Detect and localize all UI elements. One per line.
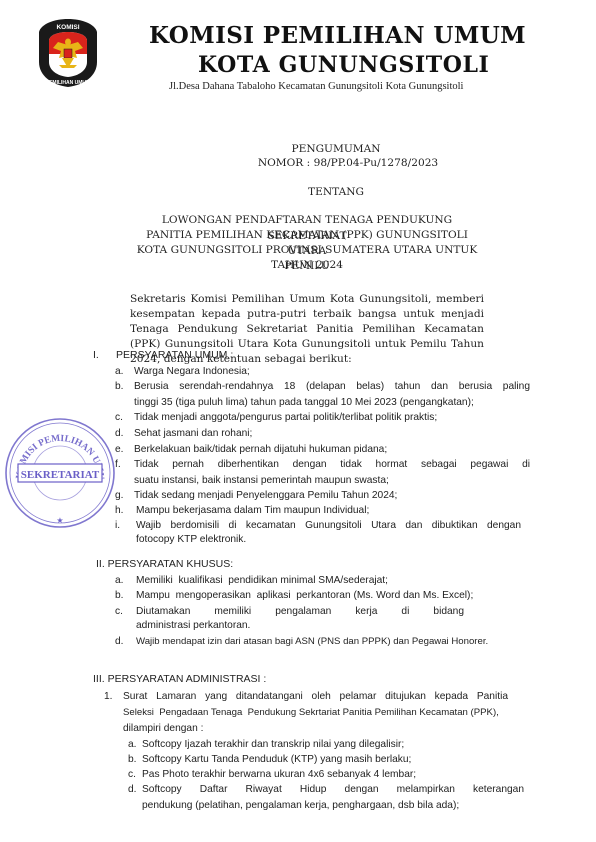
section-title-umum: PERSYARATAN UMUM :	[116, 349, 233, 361]
item-text-continued: fotocopy KTP elektronik.	[136, 532, 246, 548]
item-label: d.	[115, 426, 124, 442]
list-item: e. Berkelakuan baik/tidak pernah dijatuh…	[115, 442, 535, 458]
item-text-continued: dilampiri dengan :	[123, 721, 203, 737]
announcement-about: TENTANG	[38, 186, 596, 198]
sub-list-item: d. Softcopy Daftar Riwayat Hidup dengan …	[128, 782, 548, 814]
announcement-heading: PENGUMUMAN	[38, 143, 596, 155]
list-item: f. Tidak pernah diberhentikan dengan tid…	[115, 457, 535, 489]
item-text: Warga Negara Indonesia;	[134, 364, 250, 380]
item-text: Wajib mendapat izin dari atasan bagi ASN…	[136, 634, 488, 650]
item-text: Mampu bekerjasama dalam Tim maupun Indiv…	[136, 503, 369, 519]
item-text-continued: Seleksi Pengadaan Tenaga Pendukung Sekrt…	[123, 705, 499, 721]
list-item: c. Diutamakan memiliki pengalaman kerja …	[115, 604, 535, 636]
item-text: Berkelakuan baik/tidak pernah dijatuhi h…	[134, 442, 387, 458]
item-label: c.	[115, 604, 123, 620]
item-label: b.	[115, 379, 124, 395]
official-stamp-icon: KOMISI PEMILIHAN UMUM KOTA GUNUNGSITOLI …	[4, 417, 116, 529]
item-label: a.	[128, 737, 137, 753]
item-label: e.	[115, 442, 124, 458]
svg-text:KOMISI: KOMISI	[56, 24, 79, 31]
section-number: I.	[93, 349, 99, 361]
item-text: Pas Photo terakhir berwarna ukuran 4x6 s…	[142, 767, 416, 783]
item-text-continued: administrasi perkantoran.	[136, 618, 250, 634]
svg-text:★: ★	[56, 516, 63, 525]
list-item: b. Berusia serendah-rendahnya 18 (delapa…	[115, 379, 535, 411]
item-text: Mampu mengoperasikan aplikasi perkantora…	[136, 588, 473, 604]
list-item: b. Mampu mengoperasikan aplikasi perkant…	[115, 588, 535, 604]
list-item: c. Tidak menjadi anggota/pengurus partai…	[115, 410, 535, 426]
announcement-number: NOMOR : 98/PP.04-Pu/1278/2023	[50, 157, 596, 169]
item-label: h.	[115, 503, 124, 519]
sub-list-item: b. Softcopy Kartu Tanda Penduduk (KTP) y…	[128, 752, 528, 768]
list-item: d. Wajib mendapat izin dari atasan bagi …	[115, 634, 555, 650]
institution-title: KOMISI PEMILIHAN UMUM	[149, 22, 526, 49]
item-label: b.	[115, 588, 124, 604]
item-text: Softcopy Ijazah terakhir dan transkrip n…	[142, 737, 404, 753]
svg-text:SEKRETARIAT: SEKRETARIAT	[21, 469, 100, 481]
item-text: Surat Lamaran yang ditandatangani oleh p…	[123, 689, 508, 705]
item-label: c.	[128, 767, 136, 783]
item-text-continued: suatu instansi, baik instansi pemerintah…	[134, 473, 389, 489]
list-item: a. Memiliki kualifikasi pendidikan minim…	[115, 573, 535, 589]
list-item: g. Tidak sedang menjadi Penyelenggara Pe…	[115, 488, 535, 504]
item-text: Tidak sedang menjadi Penyelenggara Pemil…	[134, 488, 397, 504]
item-text-continued: tinggi 35 (tiga puluh lima) tahun pada t…	[134, 395, 474, 411]
item-label: c.	[115, 410, 123, 426]
list-item: i. Wajib berdomisili di kecamatan Gunung…	[115, 518, 535, 548]
svg-text:PEMILIHAN UMUM: PEMILIHAN UMUM	[46, 80, 90, 86]
list-item: 1. Surat Lamaran yang ditandatangani ole…	[104, 689, 544, 737]
item-text: Sehat jasmani dan rohani;	[134, 426, 252, 442]
item-text: Memiliki kualifikasi pendidikan minimal …	[136, 573, 388, 589]
sub-list-item: c. Pas Photo terakhir berwarna ukuran 4x…	[128, 767, 528, 783]
item-text: Softcopy Kartu Tanda Penduduk (KTP) yang…	[142, 752, 411, 768]
sub-list-item: a. Softcopy Ijazah terakhir dan transkri…	[128, 737, 528, 753]
item-label: b.	[128, 752, 137, 768]
section-title-administrasi: III. PERSYARATAN ADMINISTRASI :	[93, 673, 266, 685]
list-item: a. Warga Negara Indonesia;	[115, 364, 515, 380]
item-text-continued: pendukung (pelatihan, pengalaman kerja, …	[142, 798, 459, 814]
list-item: h. Mampu bekerjasama dalam Tim maupun In…	[115, 503, 535, 519]
list-item: d. Sehat jasmani dan rohani;	[115, 426, 535, 442]
item-label: d.	[128, 782, 137, 798]
item-text: Berusia serendah-rendahnya 18 (delapan b…	[134, 379, 530, 395]
item-text: Softcopy Daftar Riwayat Hidup dengan mel…	[142, 782, 524, 798]
kpu-logo-icon: KOMISI PEMILIHAN UMUM	[37, 18, 99, 88]
section-title-khusus: II. PERSYARATAN KHUSUS:	[96, 558, 233, 570]
item-label: a.	[115, 573, 124, 589]
item-text: Tidak menjadi anggota/pengurus partai po…	[134, 410, 437, 426]
institution-address: Jl.Desa Dahana Tabaloho Kecamatan Gunung…	[169, 81, 463, 92]
item-label: d.	[115, 634, 124, 650]
subject-line: TAHUN 2024	[130, 258, 484, 274]
item-label: a.	[115, 364, 124, 380]
item-label: 1.	[104, 689, 113, 705]
institution-subtitle: KOTA GUNUNGSITOLI	[198, 52, 489, 78]
item-text: Tidak pernah diberhentikan dengan tidak …	[134, 457, 530, 473]
item-label: g.	[115, 488, 124, 504]
